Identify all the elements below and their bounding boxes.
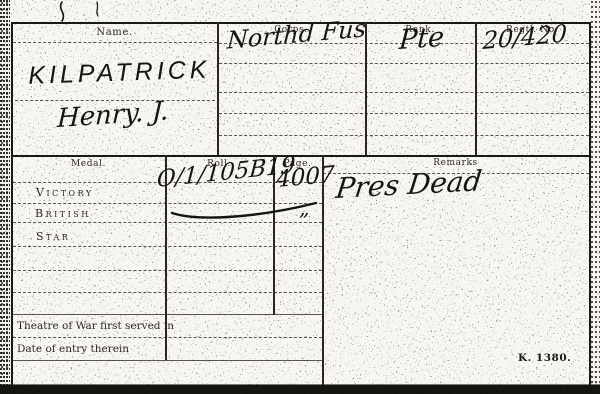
medal-column-header: Medal.: [12, 159, 165, 169]
date-of-entry-label: Date of entry therein: [17, 343, 129, 355]
corps-handwriting: Northd Fus: [222, 14, 371, 55]
section-divider: [12, 155, 590, 157]
medal-rule-5: [13, 270, 322, 271]
medal-row-victory: Victory: [36, 186, 94, 199]
rank-handwriting: Pte: [398, 22, 445, 56]
service-rule-5: [219, 135, 589, 136]
service-rule-4: [219, 113, 589, 114]
theatre-of-war-label: Theatre of War first served in: [17, 320, 174, 332]
medal-row-british: British: [35, 207, 91, 220]
medal-rule-2: [13, 203, 322, 204]
theatre-rule: [13, 337, 322, 338]
page-ditto-mark: „: [299, 196, 309, 220]
page-handwriting: 4007: [276, 162, 335, 193]
form-number: K. 1380.: [518, 352, 571, 364]
remarks-handwriting: Pres Dead: [334, 164, 484, 205]
medal-row-star: Star: [36, 230, 70, 243]
medal-rule-7: [13, 314, 322, 315]
date-rule: [13, 360, 322, 361]
service-rule-2: [219, 63, 589, 64]
medal-rule-6: [13, 292, 322, 293]
scan-bottom-edge-band: [0, 385, 600, 394]
medal-index-card-scan: Name. Corps. Rank. Regtl. No. Medal. Rol…: [0, 0, 600, 394]
service-rule-3: [219, 92, 589, 93]
regtl-no-handwriting: 20/420: [482, 19, 568, 55]
surname-handwriting: KILPATRICK: [24, 55, 215, 91]
card-left-border: [11, 22, 13, 386]
name-header-rule: [13, 42, 217, 43]
scan-right-edge-band: [591, 0, 600, 394]
scan-left-edge-band: [0, 0, 10, 394]
page-remarks-divider: [322, 155, 324, 385]
medal-rule-3: [13, 222, 322, 223]
medal-rule-4: [13, 246, 322, 247]
name-label: Name.: [12, 27, 217, 38]
